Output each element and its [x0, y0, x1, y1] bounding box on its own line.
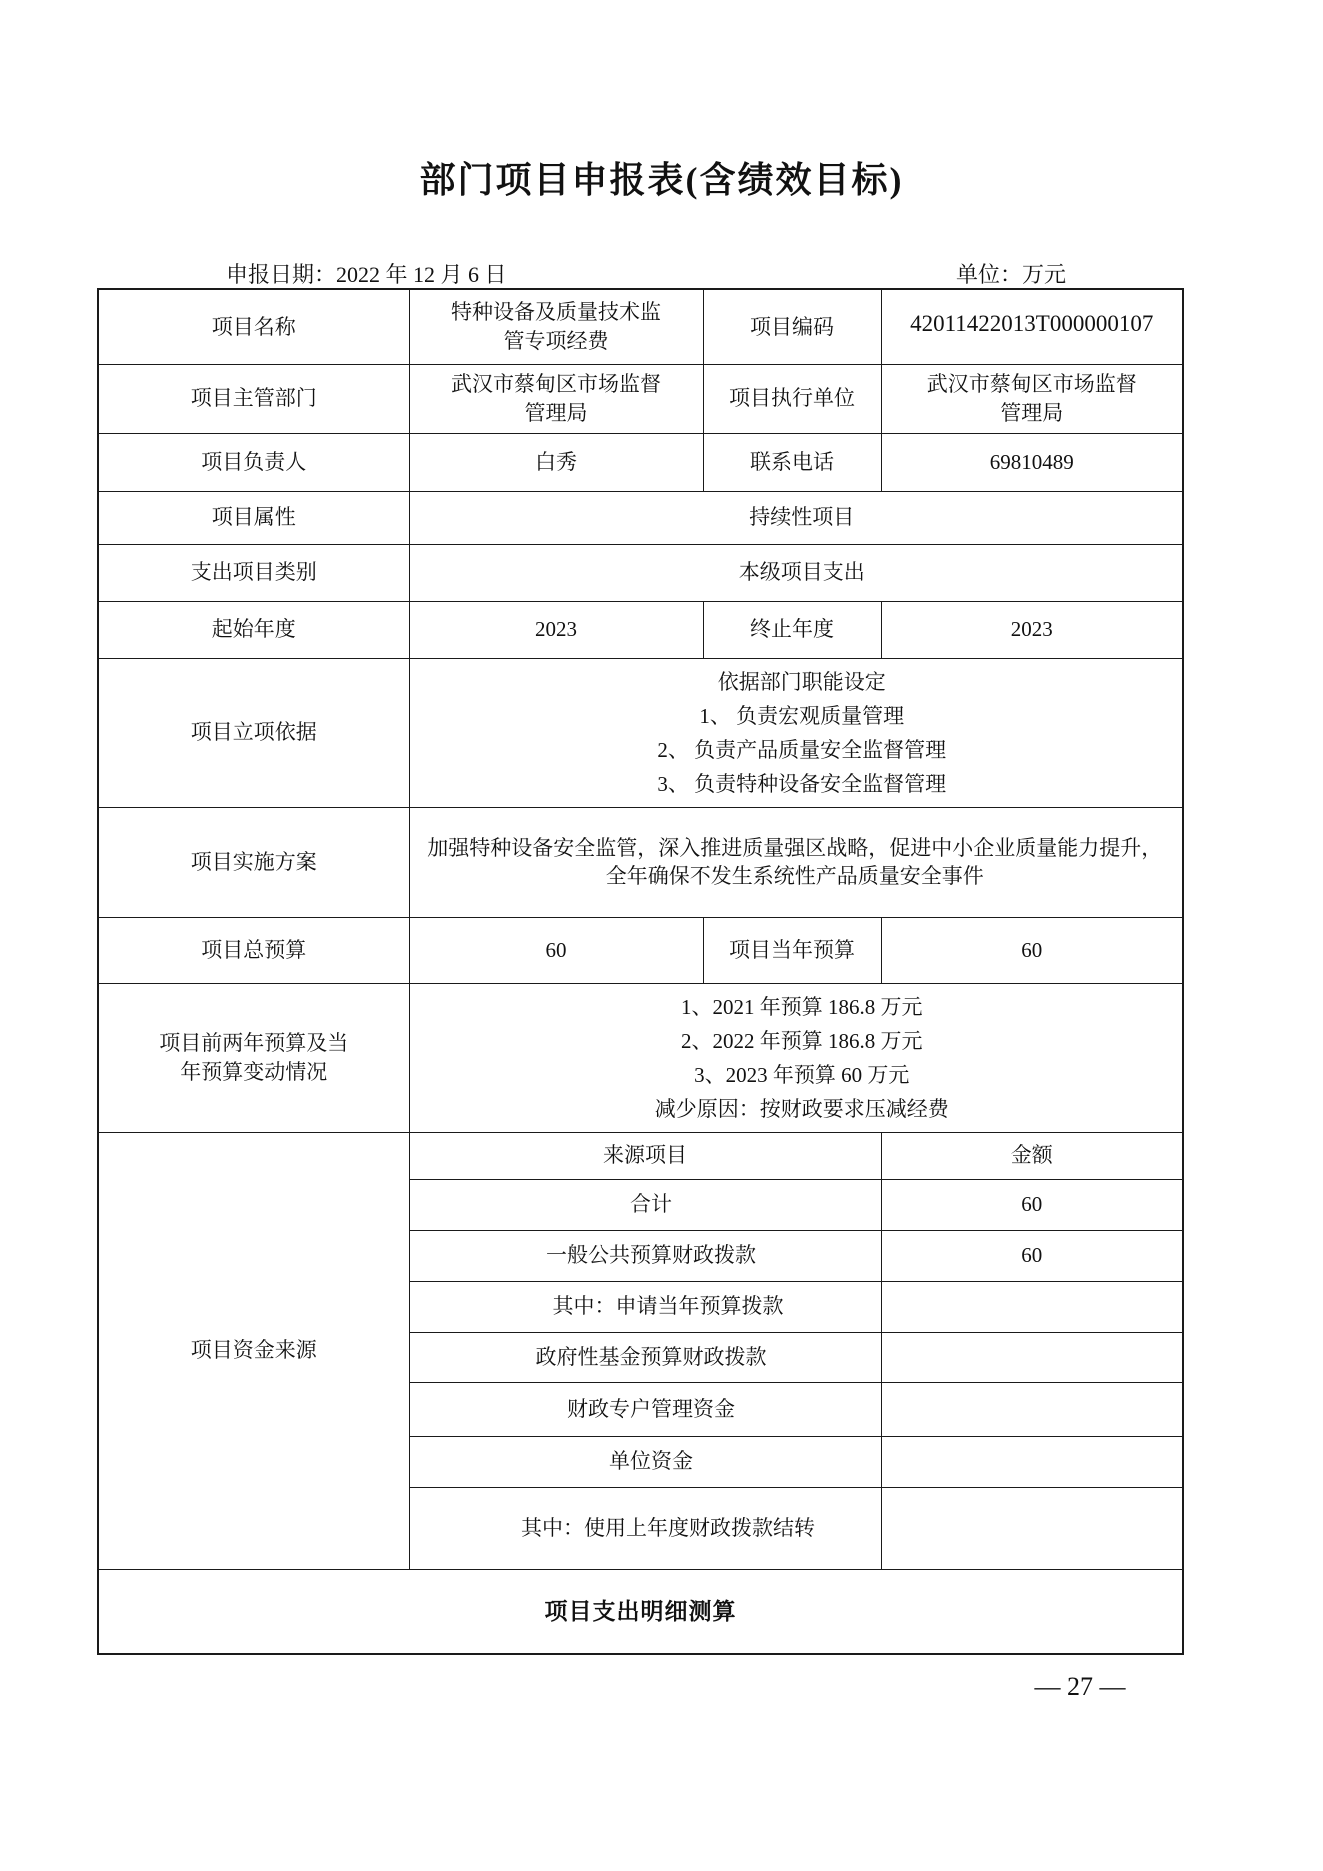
funding-label: 项目资金来源 [98, 1132, 409, 1569]
project-name-value: 特种设备及质量技术监管专项经费 [409, 289, 703, 364]
funding-amount [881, 1382, 1183, 1436]
funding-amount: 60 [881, 1179, 1183, 1230]
history-line: 2、2022 年预算 186.8 万元 [422, 1024, 1183, 1058]
history-label: 项目前两年预算及当年预算变动情况 [98, 983, 409, 1132]
phone-value: 69810489 [881, 433, 1183, 491]
history-line: 减少原因：按财政要求压减经费 [422, 1092, 1183, 1126]
end-year-label: 终止年度 [703, 601, 881, 658]
project-code-label: 项目编码 [703, 289, 881, 364]
row-history: 项目前两年预算及当年预算变动情况 1、2021 年预算 186.8 万元 2、2… [98, 983, 1183, 1132]
document-page: 部门项目申报表(含绩效目标) 申报日期：2022 年 12 月 6 日 单位：万… [0, 0, 1323, 1871]
row-project-name: 项目名称 特种设备及质量技术监管专项经费 项目编码 42011422013T00… [98, 289, 1183, 364]
row-leader: 项目负责人 白秀 联系电话 69810489 [98, 433, 1183, 491]
funding-source: 财政专户管理资金 [409, 1382, 881, 1436]
funding-source: 其中：申请当年预算拨款 [409, 1281, 881, 1332]
basis-line: 2、 负责产品质量安全监督管理 [422, 733, 1183, 767]
leader-value: 白秀 [409, 433, 703, 491]
row-department: 项目主管部门 武汉市蔡甸区市场监督管理局 项目执行单位 武汉市蔡甸区市场监督管理… [98, 364, 1183, 433]
row-years: 起始年度 2023 终止年度 2023 [98, 601, 1183, 658]
funding-amount [881, 1332, 1183, 1382]
page-title: 部门项目申报表(含绩效目标) [0, 152, 1323, 203]
report-date: 申报日期：2022 年 12 月 6 日 [226, 258, 507, 289]
funding-source: 其中：使用上年度财政拨款结转 [409, 1487, 881, 1569]
basis-line: 依据部门职能设定 [422, 665, 1183, 699]
funding-amount [881, 1487, 1183, 1569]
funding-amount: 60 [881, 1230, 1183, 1281]
year-budget-value: 60 [881, 917, 1183, 983]
exec-unit-label: 项目执行单位 [703, 364, 881, 433]
funding-source-header: 来源项目 [409, 1132, 881, 1179]
funding-source: 单位资金 [409, 1436, 881, 1487]
total-budget-value: 60 [409, 917, 703, 983]
funding-amount-header: 金额 [881, 1132, 1183, 1179]
row-plan: 项目实施方案 加强特种设备安全监管，深入推进质量强区战略，促进中小企业质量能力提… [98, 807, 1183, 917]
project-application-table: 项目名称 特种设备及质量技术监管专项经费 项目编码 42011422013T00… [97, 288, 1184, 1655]
end-year-value: 2023 [881, 601, 1183, 658]
project-code-value: 42011422013T000000107 [881, 289, 1183, 364]
plan-value: 加强特种设备安全监管，深入推进质量强区战略，促进中小企业质量能力提升，全年确保不… [409, 807, 1183, 917]
row-budget: 项目总预算 60 项目当年预算 60 [98, 917, 1183, 983]
attribute-label: 项目属性 [98, 491, 409, 544]
history-value: 1、2021 年预算 186.8 万元 2、2022 年预算 186.8 万元 … [409, 983, 1183, 1132]
attribute-value: 持续性项目 [409, 491, 1183, 544]
page-number: — 27 — [950, 1672, 1210, 1702]
start-year-value: 2023 [409, 601, 703, 658]
basis-label: 项目立项依据 [98, 658, 409, 807]
basis-value: 依据部门职能设定 1、 负责宏观质量管理 2、 负责产品质量安全监督管理 3、 … [409, 658, 1183, 807]
history-line: 1、2021 年预算 186.8 万元 [422, 990, 1183, 1024]
dept-label: 项目主管部门 [98, 364, 409, 433]
basis-line: 1、 负责宏观质量管理 [422, 699, 1183, 733]
funding-source: 一般公共预算财政拨款 [409, 1230, 881, 1281]
row-basis: 项目立项依据 依据部门职能设定 1、 负责宏观质量管理 2、 负责产品质量安全监… [98, 658, 1183, 807]
leader-label: 项目负责人 [98, 433, 409, 491]
row-funding-header: 项目资金来源 来源项目 金额 [98, 1132, 1183, 1179]
detail-section-title: 项目支出明细测算 [98, 1569, 1183, 1654]
row-attribute: 项目属性 持续性项目 [98, 491, 1183, 544]
project-name-label: 项目名称 [98, 289, 409, 364]
phone-label: 联系电话 [703, 433, 881, 491]
year-budget-label: 项目当年预算 [703, 917, 881, 983]
start-year-label: 起始年度 [98, 601, 409, 658]
category-value: 本级项目支出 [409, 544, 1183, 601]
plan-label: 项目实施方案 [98, 807, 409, 917]
basis-line: 3、 负责特种设备安全监督管理 [422, 767, 1183, 801]
funding-source: 合计 [409, 1179, 881, 1230]
history-line: 3、2023 年预算 60 万元 [422, 1058, 1183, 1092]
funding-amount [881, 1281, 1183, 1332]
row-detail-section: 项目支出明细测算 [98, 1569, 1183, 1654]
funding-source: 政府性基金预算财政拨款 [409, 1332, 881, 1382]
dept-value: 武汉市蔡甸区市场监督管理局 [409, 364, 703, 433]
funding-amount [881, 1436, 1183, 1487]
unit-label: 单位：万元 [956, 258, 1066, 289]
total-budget-label: 项目总预算 [98, 917, 409, 983]
row-category: 支出项目类别 本级项目支出 [98, 544, 1183, 601]
exec-unit-value: 武汉市蔡甸区市场监督管理局 [881, 364, 1183, 433]
category-label: 支出项目类别 [98, 544, 409, 601]
